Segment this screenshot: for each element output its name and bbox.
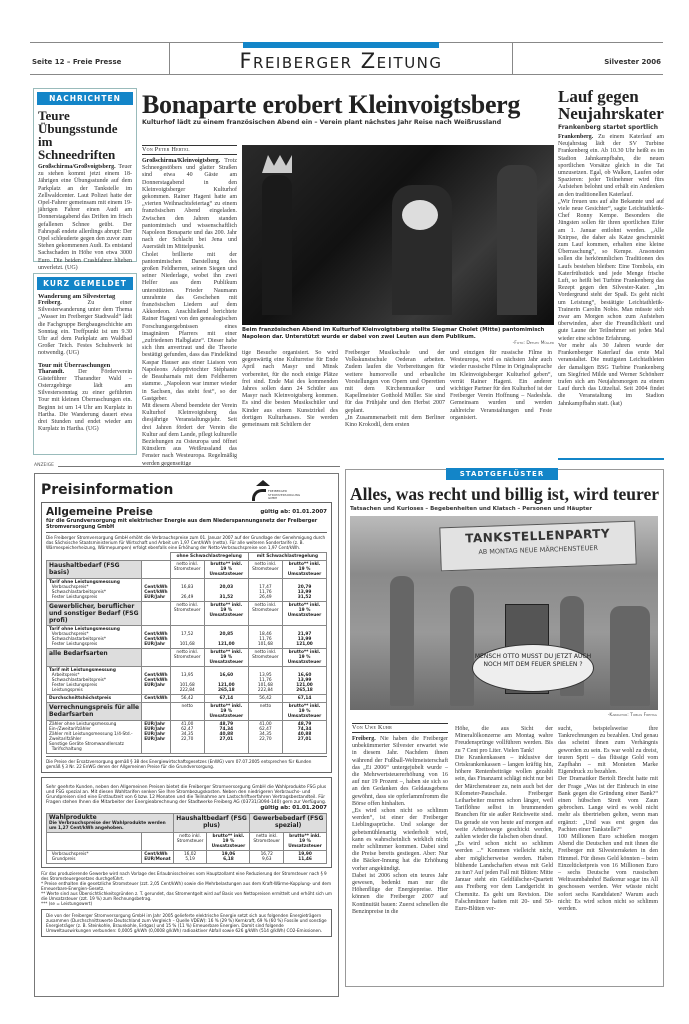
general-prices: gültig ab: 01.01.2007 Allgemeine Preise …: [41, 502, 332, 773]
paper-crown: [262, 155, 292, 173]
nachrichten-dateline: Großschirma/Großvoigtsberg.: [38, 164, 116, 170]
stadt-headline: Alles, was recht und billig ist, wird te…: [350, 484, 659, 505]
letter-valid-date: gültig ab: 01.01.2007: [46, 805, 327, 811]
fsg-logo: FREIBERGER STROMVERSORGUNG GMBH: [252, 480, 302, 510]
ersatz-note: Die Preise der Ersatzversorgung gemäß § …: [46, 756, 327, 769]
ad-top-rule: [58, 466, 340, 467]
table-row: Tarif ohne Leistungsmessung Verbrauchspr…: [47, 626, 327, 649]
header-divider-right: [512, 42, 513, 74]
face: [402, 200, 438, 230]
main-col-2: tige Besuche organisiert. So wird gegenw…: [242, 350, 338, 429]
figure: [497, 165, 537, 315]
speech-bubble: MENSCH OTTO MUSST DU JETZT AUCH NOCH MIT…: [472, 644, 594, 692]
header-bottom-rule: [30, 74, 663, 75]
stadt-col-1: Von Uwe Kuhr Freiberg. Nie haben die Fre…: [352, 723, 448, 916]
table-row: Verbrauchspreis* Grundpreis Cent/kWhEUR/…: [47, 851, 327, 864]
wahl-table: WahlprodukteDie Verbrauchspreise der Wah…: [46, 813, 327, 864]
logo-arc-icon: [252, 489, 266, 501]
stadt-subhead: Tatsachen und Kurioses – Begebenheiten u…: [350, 506, 592, 512]
price-table: ohne Schwachlastregelungmit Schwachlastr…: [46, 552, 327, 754]
main-col-1: Von Peter Hertel Großschirma/Kleinvoigts…: [142, 145, 237, 468]
main-byline: Von Peter Hertel: [142, 145, 237, 155]
kurz-gemeldet-box: KURZ GEMELDET Wanderung am Silvestertag …: [33, 273, 137, 455]
main-dateline: Großschirma/Kleinvoigtsberg.: [142, 158, 220, 164]
cartoon-illustration: TANKSTELLENPARTY AB MONTAG NEUE MÄRCHENS…: [350, 516, 658, 710]
photo-caption: Beim französischen Abend im Kulturhof Kl…: [242, 327, 554, 340]
cartoon-figure: [450, 586, 474, 706]
general-subtitle: für die Grundversorgung mit elektrischer…: [46, 518, 327, 530]
masthead-accent-bar: [243, 42, 439, 48]
main-subhead: Kulturhof lädt zu einem französischen Ab…: [142, 119, 501, 126]
right-subhead: Frankenberg startet sportlich: [558, 124, 658, 131]
napoleon-photo: [242, 145, 554, 325]
main-col-3: Freiberger Musikschule und der Volkskuns…: [345, 350, 445, 429]
nachrichten-body: Großschirma/Großvoigtsberg. Teuer zu ste…: [38, 164, 132, 272]
right-headline: Lauf gegen Neujahrskater: [558, 88, 668, 122]
cartoon-banner: TANKSTELLENPARTY AB MONTAG NEUE MÄRCHENS…: [439, 521, 636, 572]
kurz-tag: KURZ GEMELDET: [37, 277, 133, 290]
right-bottom-rule: [558, 458, 664, 460]
stadt-col-2: Höhe, die aus Sicht der Mineralölkonzern…: [455, 726, 553, 913]
ad-footnotes: Für das produzierende Gewerbe wird nach …: [41, 871, 332, 906]
nachrichten-headline: Teure Übungsstunde im Schneedriften: [38, 109, 132, 161]
masthead: Freiberger Zeitung: [170, 49, 512, 73]
stadt-tag: STADTGEFLÜSTER: [446, 468, 558, 480]
figure: [262, 175, 292, 315]
photo-credit: -Foto: Detlev Müller: [440, 341, 554, 346]
issue-date: Silvester 2006: [604, 58, 661, 66]
nachrichten-tag: NACHRICHTEN: [37, 92, 133, 105]
main-col-4: und einzigen für russische Filme in West…: [450, 350, 552, 422]
stadtgefluester-box: STADTGEFLÜSTER Alles, was recht und bill…: [345, 469, 664, 987]
cartoon-figure: [610, 606, 650, 706]
table-row: Zähler ohne Leistungsmessung Ein-/Zweita…: [47, 721, 327, 754]
nachrichten-box: NACHRICHTEN Teure Übungsstunde im Schnee…: [33, 88, 137, 262]
cartoon-credit: -Karikatur: Tobias Freitag: [507, 713, 657, 718]
customer-letter: Sehr geehrte Kunden, neben den Allgemein…: [46, 783, 327, 805]
ad-label: ANZEIGE: [34, 463, 54, 468]
stadt-col-3: sucht, beispielsweise ihre Tankrechnunge…: [558, 726, 658, 913]
table-row: Tarif mit Leistungsmessung Arbeitspreis*…: [47, 667, 327, 695]
wahlprodukte-box: Sehr geehrte Kunden, neben den Allgemein…: [41, 777, 332, 868]
kurz-item: Tour mit Überraschungen Tharandt. Der Fö…: [38, 362, 132, 434]
table-row: Tarif ohne Leistungsmessung Verbrauchspr…: [47, 579, 327, 602]
energy-mix-box: Die von der Freiberger Stromversorgung G…: [41, 909, 332, 937]
price-ad: Preisinformation FREIBERGER STROMVERSORG…: [34, 473, 339, 997]
logo-triangle-icon: [256, 480, 270, 486]
page-label: Seite 12 – Freie Presse: [32, 58, 121, 66]
cartoon-figure: [390, 576, 414, 706]
table-row: DurchschnittshöchstpreisCent/kWh56,4267,…: [47, 695, 327, 703]
general-note: Die Freiberger Stromversorgung GmbH erhö…: [46, 532, 327, 550]
main-headline: Bonaparte erobert Kleinvoigtsberg: [142, 90, 520, 120]
kurz-item: Wanderung am Silvestertag Freiberg. Zu e…: [38, 293, 132, 358]
right-body: Frankenberg. Zu einem Katerlauf am Neuja…: [558, 134, 664, 408]
stadt-byline: Von Uwe Kuhr: [352, 723, 448, 733]
